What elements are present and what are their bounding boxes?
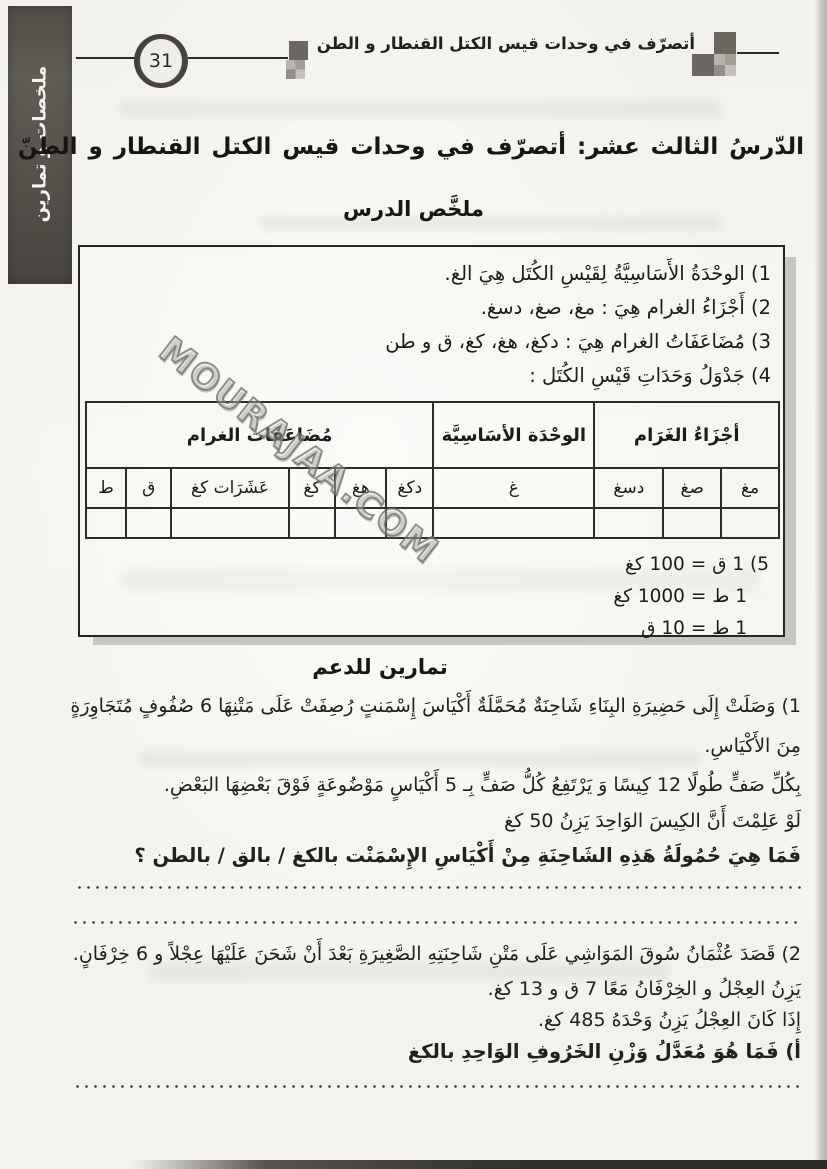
squares-ornament-right-bottom-right xyxy=(714,54,736,76)
table-group-gram-parts: أجْزَاءُ الغَرَام xyxy=(594,402,779,468)
support-exercises-heading: تمارين للدعم xyxy=(0,655,760,679)
answer-dotted-line xyxy=(74,921,801,924)
squares-ornament-left-bottom xyxy=(286,60,305,79)
exercises-section: 1) وَصَلَتْ إِلَى حَضِيرَةِ البِنَاءِ شَ… xyxy=(74,687,801,1096)
table-empty-cell xyxy=(289,508,336,538)
squares-ornament-left-top xyxy=(289,41,308,60)
exercise1-line3: بِكُلِّ صَفٍّ طُولًا 12 كِيسًا وَ يَرْتَ… xyxy=(74,766,801,804)
exercise2-line1: 2) قَصَدَ عُثْمَانُ سُوقَ المَوَاشِي عَل… xyxy=(74,936,801,973)
exercise1-line1: 1) وَصَلَتْ إِلَى حَضِيرَةِ البِنَاءِ شَ… xyxy=(74,687,801,726)
lesson-title: الدّرسُ الثالث عشر: أتصرّف في وحدات قيس … xyxy=(88,134,804,160)
table-empty-cell xyxy=(433,508,594,538)
table-empty-cell xyxy=(721,508,779,538)
table-empty-cell xyxy=(126,508,171,538)
table-empty-cell xyxy=(86,508,126,538)
table-unit-cell-q: ق xyxy=(126,468,171,508)
answer-dotted-line xyxy=(76,1085,801,1088)
exercise2-question-a: أ) فَمَا هُوَ مُعَدَّلُ وَزْنِ الخَرُوفِ… xyxy=(74,1035,801,1069)
table-empty-cell xyxy=(594,508,663,538)
equation-ton-quintal: 1 ط = 10 ق xyxy=(80,613,769,645)
exercise1-line2: مِنَ الأَكْيَاسِ. xyxy=(74,726,801,766)
table-group-header-row: أجْزَاءُ الغَرَام الوحْدَة الأسَاسِيَّة … xyxy=(86,402,779,468)
answer-dotted-line xyxy=(78,886,801,889)
equation-ton-kg: 1 ط = 1000 كغ xyxy=(80,581,769,613)
table-unit-cell-t: ط xyxy=(86,468,126,508)
squares-ornament-right-bottom-left xyxy=(692,54,714,76)
chapter-header-title: أتصرّف في وحدات قيس الكتل القنطار و الطن xyxy=(317,34,695,53)
mass-units-table: أجْزَاءُ الغَرَام الوحْدَة الأسَاسِيَّة … xyxy=(85,401,780,539)
table-empty-cell xyxy=(171,508,288,538)
table-unit-cell-sg: صغ xyxy=(663,468,721,508)
page-edge-shadow-bottom xyxy=(0,1160,827,1169)
header-rule-middle xyxy=(188,57,288,59)
squares-ornament-right-top xyxy=(714,32,736,54)
lesson-summary-box: 1) الوحْدَةُ الأَسَاسِيَّةُ لِقَيْسِ الك… xyxy=(78,245,785,637)
table-unit-cell-tens-kg: عَشَرَات كغ xyxy=(171,468,288,508)
scan-bleed-smudge xyxy=(120,96,720,122)
table-unit-cell-mg: مغ xyxy=(721,468,779,508)
table-unit-cell-g: غ xyxy=(433,468,594,508)
page-edge-shadow-right xyxy=(814,0,827,1169)
exercise1-question: فَمَا هِيَ حُمُولَةُ هَذِهِ الشَاحِنَةِ … xyxy=(74,838,801,874)
summary-point-1: 1) الوحْدَةُ الأَسَاسِيَّةُ لِقَيْسِ الك… xyxy=(88,257,771,291)
header-rule-left xyxy=(76,57,136,59)
page-number: 31 xyxy=(138,37,184,85)
summary-point-2: 2) أَجْزَاءُ الغرام هِيَ : مغ، صغ، دسغ. xyxy=(88,291,771,325)
exercise2-line2: يَزِنُ العِجْلُ و الخِرْفَانُ مَعًا 7 ق … xyxy=(74,973,801,1006)
table-unit-cell-dsg: دسغ xyxy=(594,468,663,508)
summary-heading: ملخَّص الدرس xyxy=(0,197,827,221)
table-unit-row: مغ صغ دسغ غ دكغ هغ كغ عَشَرَات كغ ق ط xyxy=(86,468,779,508)
exercise1-line4: لَوْ عَلِمْتَ أَنَّ الكِيسَ الوَاحِدَ يَ… xyxy=(74,804,801,838)
page-number-badge: 31 xyxy=(134,34,188,88)
header-rule-right xyxy=(737,52,779,54)
table-group-basic-unit: الوحْدَة الأسَاسِيَّة xyxy=(433,402,594,468)
exercise2-line3: إِذَا كَانَ العِجْلُ يَزِنُ وَحْدَهُ 485… xyxy=(74,1006,801,1035)
table-empty-cell xyxy=(663,508,721,538)
